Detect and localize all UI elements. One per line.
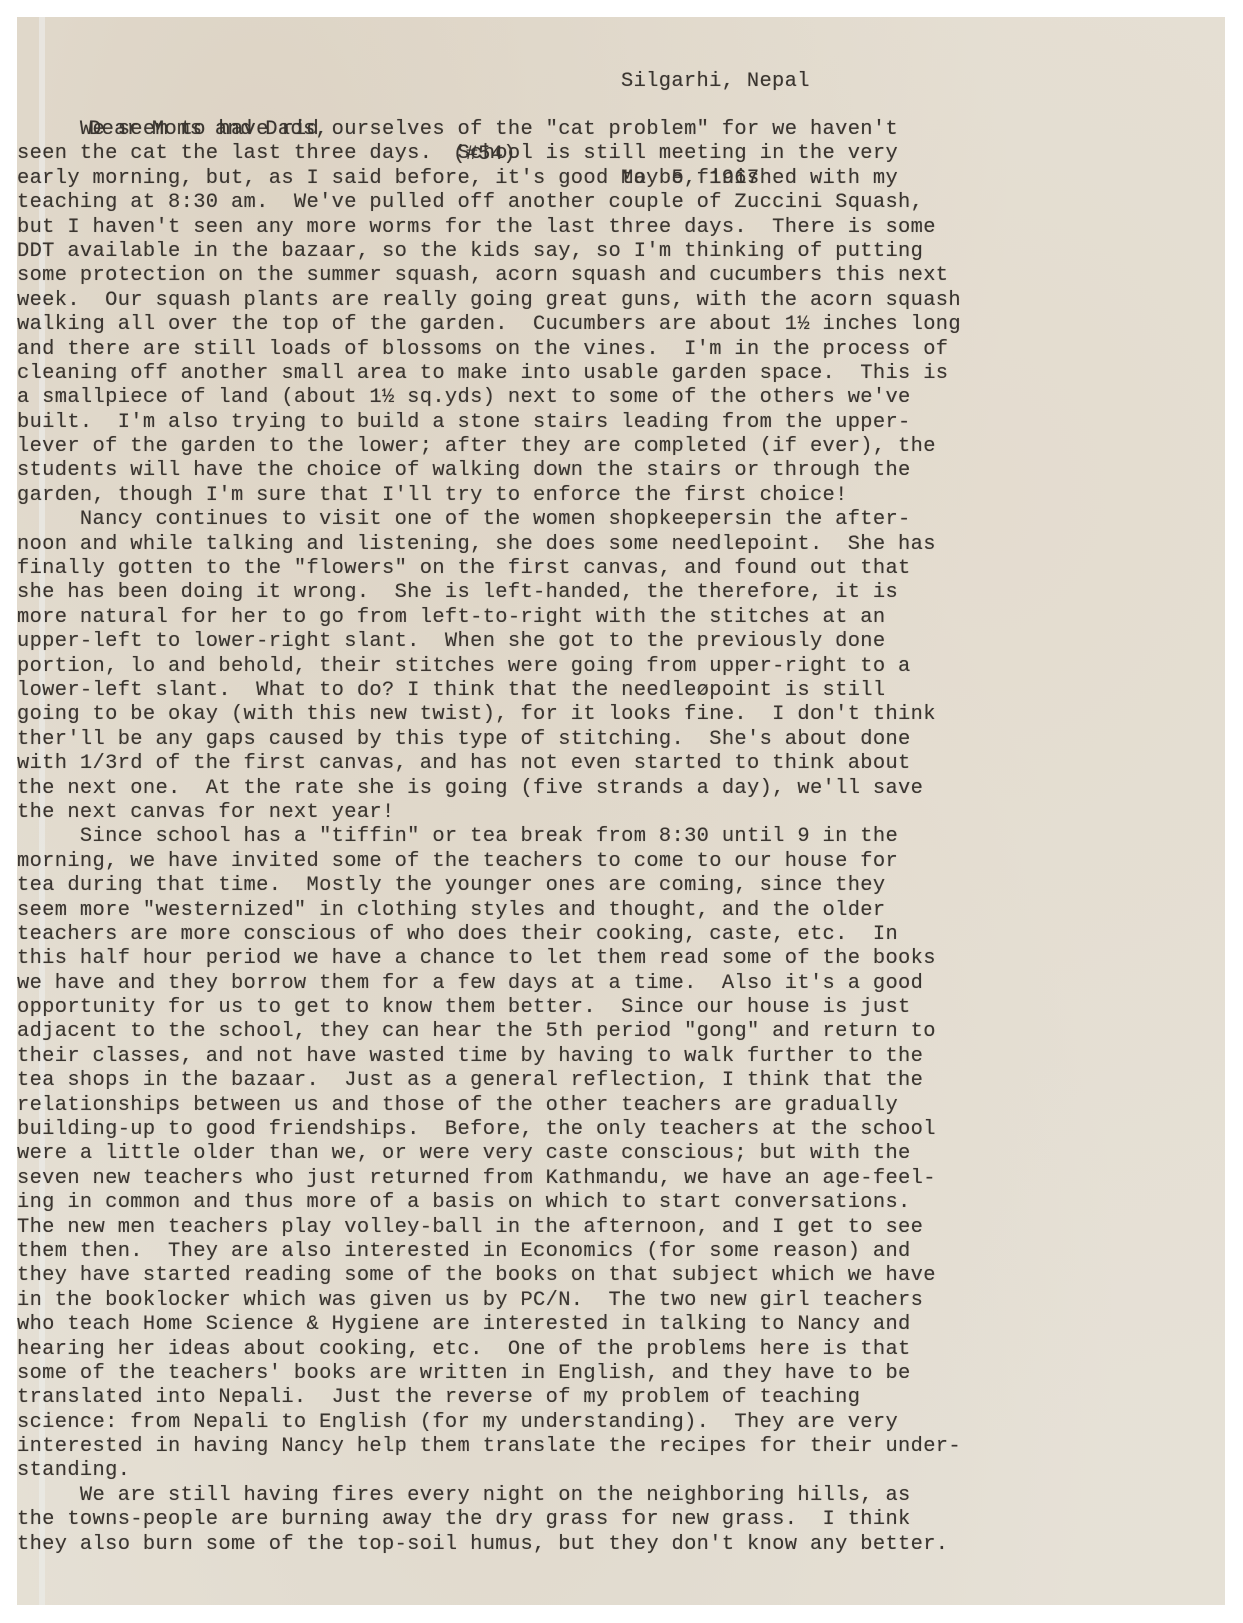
letter-line: morning, we have invited some of the tea…	[17, 850, 961, 874]
letter-line: their classes, and not have wasted time …	[17, 1045, 961, 1069]
letter-line: they have started reading some of the bo…	[17, 1264, 961, 1288]
letter-line: with 1/3rd of the first canvas, and has …	[17, 752, 961, 776]
letter-line: We seem to have rid ourselves of the "ca…	[17, 118, 961, 142]
letter-line: Since school has a "tiffin" or tea break…	[17, 825, 961, 849]
letter-line: more natural for her to go from left-to-…	[17, 606, 961, 630]
letter-line: and there are still loads of blossoms on…	[17, 338, 961, 362]
letter-line: we have and they borrow them for a few d…	[17, 972, 961, 996]
letter-line: seven new teachers who just returned fro…	[17, 1167, 961, 1191]
letter-line: building-up to good friendships. Before,…	[17, 1118, 961, 1142]
letter-line: science: from Nepali to English (for my …	[17, 1411, 961, 1435]
letter-line: but I haven't seen any more worms for th…	[17, 216, 961, 240]
letter-page: Silgarhi, Nepal Dear Moms and Dads, (#54…	[17, 17, 1225, 1605]
letter-line: upper-left to lower-right slant. When sh…	[17, 630, 961, 654]
letter-line: portion, lo and behold, their stitches w…	[17, 655, 961, 679]
letter-line: cleaning off another small area to make …	[17, 362, 961, 386]
letter-line: ther'll be any gaps caused by this type …	[17, 728, 961, 752]
letter-line: teachers are more conscious of who does …	[17, 923, 961, 947]
letter-line: ing in common and thus more of a basis o…	[17, 1191, 961, 1215]
letter-line: them then. They are also interested in E…	[17, 1240, 961, 1264]
letter-line: a smallpiece of land (about 1½ sq.yds) n…	[17, 386, 961, 410]
letter-line: in the booklocker which was given us by …	[17, 1289, 961, 1313]
letter-line: early morning, but, as I said before, it…	[17, 167, 961, 191]
letter-line: seen the cat the last three days. School…	[17, 142, 961, 166]
letter-text: Silgarhi, Nepal Dear Moms and Dads, (#54…	[17, 48, 1225, 170]
letter-line: lower-left slant. What to do? I think th…	[17, 679, 961, 703]
letter-line: The new men teachers play volley-ball in…	[17, 1216, 961, 1240]
letter-line: noon and while talking and listening, sh…	[17, 533, 961, 557]
letter-line: opportunity for us to get to know them b…	[17, 996, 961, 1020]
letter-line: standing.	[17, 1459, 961, 1483]
letter-line: Nancy continues to visit one of the wome…	[17, 508, 961, 532]
letter-line: walking all over the top of the garden. …	[17, 313, 961, 337]
letter-line: they also burn some of the top-soil humu…	[17, 1533, 961, 1557]
letter-line: interested in having Nancy help them tra…	[17, 1435, 961, 1459]
letter-line: going to be okay (with this new twist), …	[17, 703, 961, 727]
letter-line: We are still having fires every night on…	[17, 1484, 961, 1508]
letter-line: tea during that time. Mostly the younger…	[17, 874, 961, 898]
letter-line: translated into Nepali. Just the reverse…	[17, 1386, 961, 1410]
letter-line: she has been doing it wrong. She is left…	[17, 581, 961, 605]
letter-line: DDT available in the bazaar, so the kids…	[17, 240, 961, 264]
letter-place: Silgarhi, Nepal	[621, 70, 810, 94]
letter-line: this half hour period we have a chance t…	[17, 947, 961, 971]
letter-line: built. I'm also trying to build a stone …	[17, 411, 961, 435]
letter-line: seem more "westernized" in clothing styl…	[17, 899, 961, 923]
letter-line: tea shops in the bazaar. Just as a gener…	[17, 1069, 961, 1093]
letter-line: students will have the choice of walking…	[17, 459, 961, 483]
letter-line: were a little older than we, or were ver…	[17, 1142, 961, 1166]
letter-line: some protection on the summer squash, ac…	[17, 264, 961, 288]
letter-line: adjacent to the school, they can hear th…	[17, 1020, 961, 1044]
letter-line: some of the teachers' books are written …	[17, 1362, 961, 1386]
letter-line: the towns-people are burning away the dr…	[17, 1508, 961, 1532]
letter-line: lever of the garden to the lower; after …	[17, 435, 961, 459]
letter-line: teaching at 8:30 am. We've pulled off an…	[17, 191, 961, 215]
letter-line: hearing her ideas about cooking, etc. On…	[17, 1338, 961, 1362]
letter-line: garden, though I'm sure that I'll try to…	[17, 484, 961, 508]
letter-line: relationships between us and those of th…	[17, 1094, 961, 1118]
letter-line: week. Our squash plants are really going…	[17, 289, 961, 313]
letter-line: the next one. At the rate she is going (…	[17, 777, 961, 801]
letter-line: the next canvas for next year!	[17, 801, 961, 825]
letter-line: who teach Home Science & Hygiene are int…	[17, 1313, 961, 1337]
letter-line: finally gotten to the "flowers" on the f…	[17, 557, 961, 581]
letter-body: We seem to have rid ourselves of the "ca…	[17, 118, 961, 1557]
